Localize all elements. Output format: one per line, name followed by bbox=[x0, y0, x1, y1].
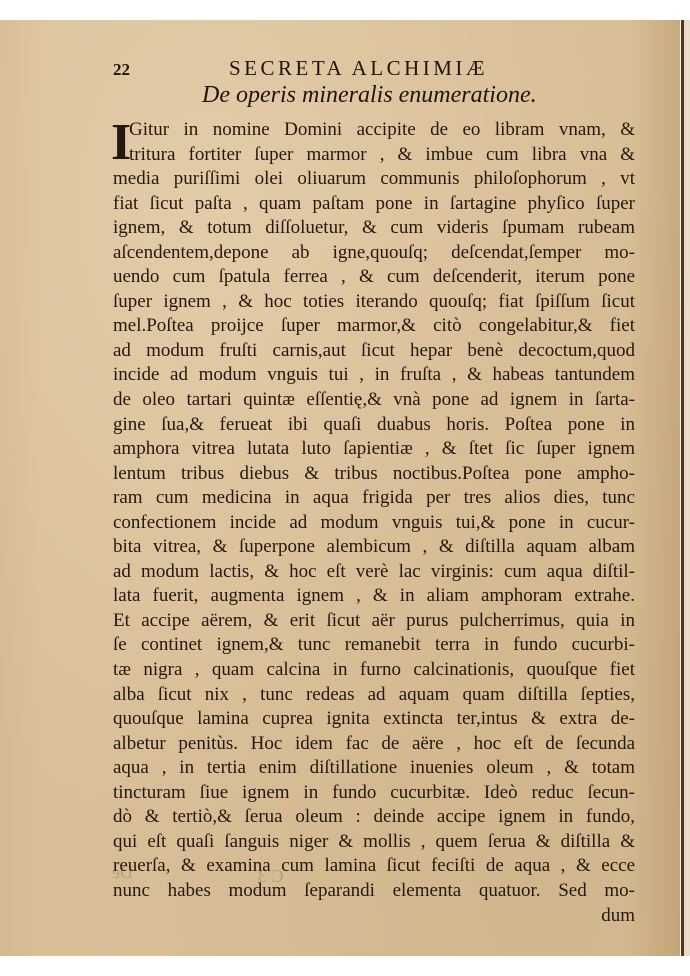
text-line: ſuper ignem , & hoc toties iterando quou… bbox=[113, 290, 635, 315]
text-line: bita vitrea, & ſuperpone alembicum , & d… bbox=[113, 535, 635, 560]
text-line: confectionem incide ad modum vnguis tui,… bbox=[113, 511, 635, 536]
text-line: gine ſua,& ferueat ibi quaſi duabus hori… bbox=[113, 413, 635, 438]
text-line: tæ nigra , quam calcina in furno calcina… bbox=[113, 658, 635, 683]
text-line: tritura fortiter ſuper marmor , & imbue … bbox=[113, 143, 635, 168]
page-header: 22 SECRETA ALCHIMIÆ bbox=[113, 56, 633, 84]
text-line: aqua , in tertia enim diſtillatione inue… bbox=[113, 756, 635, 781]
text-line: ad modum lactis, & hoc eſt verè lac virg… bbox=[113, 560, 635, 585]
text-line: quouſque lamina cuprea ignita extincta t… bbox=[113, 707, 635, 732]
text-line: Gitur in nomine Domini accipite de eo li… bbox=[113, 118, 635, 143]
running-title: SECRETA ALCHIMIÆ bbox=[229, 56, 488, 81]
text-line: Et accipe aërem, & erit ſicut aër purus … bbox=[113, 609, 635, 634]
text-line: ad modum fruſti carnis,aut ſicut hepar b… bbox=[113, 339, 635, 364]
text-line: aſcendentem,depone ab igne,quouſq; deſce… bbox=[113, 241, 635, 266]
text-line: mel.Poſtea proijce ſuper marmor,& citò c… bbox=[113, 314, 635, 339]
text-line: tincturam ſiue ignem in fundo cucurbitæ.… bbox=[113, 781, 635, 806]
text-line: ſe continet ignem,& tunc remanebit terra… bbox=[113, 633, 635, 658]
catchword: dum bbox=[113, 904, 635, 929]
chapter-title: De operis mineralis enumeratione. bbox=[202, 82, 537, 109]
text-line: amphora vitrea lutata luto ſapientiæ , &… bbox=[113, 437, 635, 462]
text-line: lentum tribus diebus & tribus noctibus.P… bbox=[113, 462, 635, 487]
text-line: ram cum medicina in aqua frigida per tre… bbox=[113, 486, 635, 511]
page-number: 22 bbox=[113, 60, 130, 80]
text-line: uendo cum ſpatula ferrea , & cum deſcend… bbox=[113, 265, 635, 290]
background-strip bbox=[684, 20, 690, 956]
text-line: incide ad modum vnguis tui , in fruſta ,… bbox=[113, 363, 635, 388]
text-line: media puriſſimi olei oliuarum communis p… bbox=[113, 167, 635, 192]
text-line: de oleo tartari quintæ eſſentię,& vnà po… bbox=[113, 388, 635, 413]
text-line: alba ſicut nix , tunc redeas ad aquam qu… bbox=[113, 683, 635, 708]
text-line: fiat ſicut paſta , quam paſtam pone in ſ… bbox=[113, 192, 635, 217]
body-text: I Gitur in nomine Domini accipite de eo … bbox=[113, 118, 635, 928]
text-line: qui eſt quaſi ſanguis niger & mollis , q… bbox=[113, 830, 635, 855]
text-line: albetur penitùs. Hoc idem fac de aëre , … bbox=[113, 732, 635, 757]
drop-cap: I bbox=[111, 120, 131, 166]
text-line: nunc habes modum ſeparandi elementa quat… bbox=[113, 879, 635, 904]
text-line: lata fuerit, augmenta ignem , & in aliam… bbox=[113, 584, 635, 609]
text-line: reuerſa, & examina cum lamina ſicut feci… bbox=[113, 854, 635, 879]
text-line: dò & tertiò,& ſerua oleum : deinde accip… bbox=[113, 805, 635, 830]
text-line: ignem, & totum diſſoluetur, & cum videri… bbox=[113, 216, 635, 241]
